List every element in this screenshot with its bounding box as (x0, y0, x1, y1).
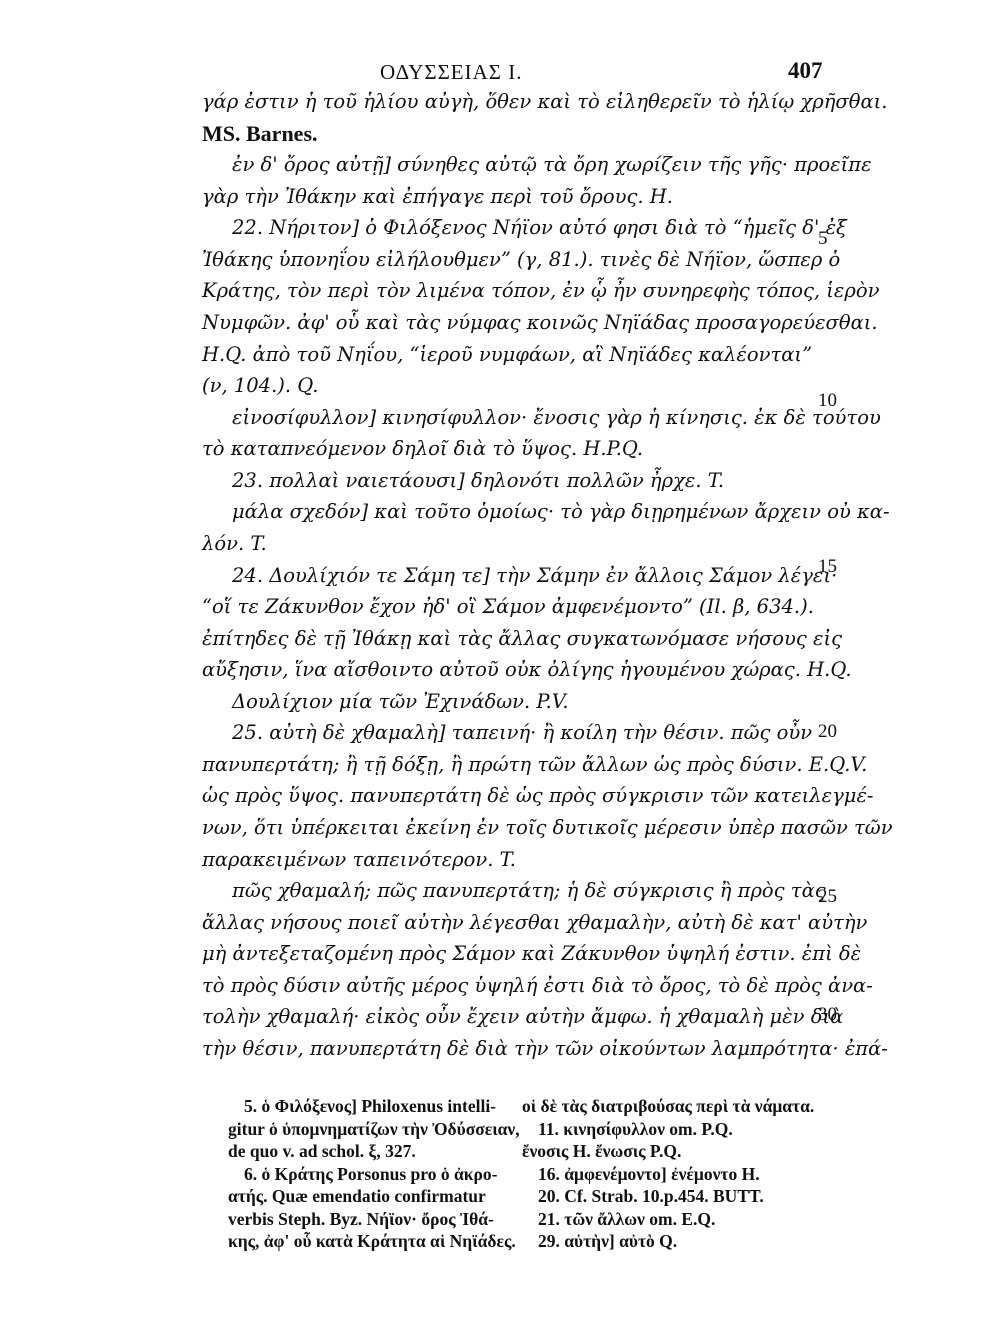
text-line: Κράτης, τὸν περὶ τὸν λιμένα τόπον, ἐν ᾧ … (202, 278, 842, 304)
book-page: ΟΔΥΣΣΕΙΑΣ Ι. 407 γάρ ἐστιν ἡ τοῦ ἡλίου α… (0, 0, 1000, 1333)
footnote-line: ατής. Quæ emendatio confirmatur (228, 1185, 486, 1208)
text-line: 23. πολλαὶ ναιετάουσι] δηλονότι πολλῶν ἦ… (232, 468, 872, 494)
text-line: “οἵ τε Ζάκυνθον ἔχον ἠδ' οἳ Σάμον ἀμφενέ… (202, 594, 842, 620)
footnote-line: 21. τῶν ἄλλων om. E.Q. (538, 1208, 715, 1231)
text-line: (ν, 104.). Q. (202, 373, 842, 399)
text-line: πῶς χθαμαλή; πῶς πανυπερτάτη; ἡ δὲ σύγκρ… (232, 878, 872, 904)
text-line: εἰνοσίφυλλον] κινησίφυλλον· ἔνοσις γὰρ ἡ… (232, 405, 872, 431)
footnote-line: 6. ὁ Κράτης Porsonus pro ὁ ἀκρο- (244, 1163, 497, 1186)
page-number: 407 (788, 58, 823, 84)
footnote-line: ἔνοσις H. ἔνωσις P.Q. (522, 1140, 681, 1163)
text-line: μὴ ἀντεξεταζομένη πρὸς Σάμον καὶ Ζάκυνθο… (202, 941, 842, 967)
text-line: ἐπίτηδες δὲ τῇ Ἰθάκῃ καὶ τὰς ἄλλας συγκα… (202, 626, 842, 652)
text-line: γὰρ τὴν Ἰθάκην καὶ ἐπήγαγε περὶ τοῦ ὄρου… (202, 184, 842, 210)
text-line: ἐν δ' ὄρος αὐτῇ] σύνηθες αὐτῷ τὰ ὄρη χωρ… (232, 152, 872, 178)
text-line: τολὴν χθαμαλή· εἰκὸς οὖν ἔχειν αὐτὴν ἄμφ… (202, 1004, 842, 1030)
footnote-line: 20. Cf. Strab. 10.p.454. BUTT. (538, 1185, 764, 1208)
footnote-line: οἱ δὲ τὰς διατριβούσας περὶ τὰ νάματα. (522, 1095, 814, 1118)
text-line: MS. Barnes. (202, 121, 842, 148)
text-line: πανυπερτάτη; ἢ τῇ δόξῃ, ἢ πρώτη τῶν ἄλλω… (202, 752, 842, 778)
text-line: τὸ καταπνεόμενον δηλοῖ διὰ τὸ ὕψος. H.P.… (202, 436, 842, 462)
text-line: τὴν θέσιν, πανυπερτάτη δὲ διὰ τὴν τῶν οἰ… (202, 1036, 842, 1062)
text-line: H.Q. ἀπὸ τοῦ Νηΐου, “ἱεροῦ νυμφάων, αἳ Ν… (202, 342, 842, 368)
line-number: 20 (818, 721, 837, 743)
line-number: 15 (818, 556, 837, 578)
text-line: λόν. T. (202, 531, 842, 557)
text-line: 22. Νήριτον] ὁ Φιλόξενος Νήϊον αὐτό φησι… (232, 215, 872, 241)
text-line: τὸ πρὸς δύσιν αὐτῆς μέρος ὑψηλή ἐστι διὰ… (202, 973, 842, 999)
text-line: 24. Δουλίχιόν τε Σάμη τε] τὴν Σάμην ἐν ἄ… (232, 563, 872, 589)
text-line: Ἰθάκης ὑπονηΐου εἰλήλουθμεν” (γ, 81.). τ… (202, 247, 842, 273)
text-line: ὡς πρὸς ὕψος. πανυπερτάτη δὲ ὡς πρὸς σύγ… (202, 783, 842, 809)
line-number: 25 (818, 886, 837, 908)
line-number: 5 (818, 228, 828, 250)
footnote-line: κης, ἀφ' οὗ κατὰ Κράτητα αἱ Νηϊάδες. (228, 1230, 516, 1253)
footnote-line: 16. ἀμφενέμοντο] ἐνέμοντο H. (538, 1163, 760, 1186)
text-line: παρακειμένων ταπεινότερον. T. (202, 847, 842, 873)
text-line: 25. αὐτὴ δὲ χθαμαλὴ] ταπεινή· ἢ κοίλη τὴ… (232, 720, 872, 746)
footnote-line: de quo v. ad schol. ξ, 327. (228, 1140, 416, 1163)
text-line: ἄλλας νήσους ποιεῖ αὐτὴν λέγεσθαι χθαμαλ… (202, 910, 842, 936)
text-line: Νυμφῶν. ἀφ' οὗ καὶ τὰς νύμφας κοινῶς Νηϊ… (202, 310, 842, 336)
text-line: γάρ ἐστιν ἡ τοῦ ἡλίου αὐγὴ, ὅθεν καὶ τὸ … (202, 89, 842, 115)
footnote-line: 11. κινησίφυλλον om. P.Q. (538, 1118, 733, 1141)
text-line: Δουλίχιον μία τῶν Ἐχινάδων. P.V. (232, 689, 872, 715)
text-line: αὔξησιν, ἵνα αἴσθοιντο αὐτοῦ οὐκ ὀλίγης … (202, 657, 842, 683)
text-line: νων, ὅτι ὑπέρκειται ἐκείνη ἐν τοῖς δυτικ… (202, 815, 842, 841)
footnote-line: 5. ὁ Φιλόξενος] Philoxenus intelli- (244, 1095, 496, 1118)
text-line: μάλα σχεδόν] καὶ τοῦτο ὁμοίως· τὸ γὰρ δι… (232, 499, 872, 525)
running-title: ΟΔΥΣΣΕΙΑΣ Ι. (380, 60, 523, 85)
line-number: 30 (818, 1004, 837, 1026)
footnote-line: gitur ὁ ὑπομνηματίζων τὴν Ὀδύσσειαν, (228, 1118, 520, 1141)
footnote-line: verbis Steph. Byz. Νήϊον· ὄρος Ἰθά- (228, 1208, 494, 1231)
line-number: 10 (818, 390, 837, 412)
footnote-line: 29. αὐτὴν] αὐτὸ Q. (538, 1230, 677, 1253)
